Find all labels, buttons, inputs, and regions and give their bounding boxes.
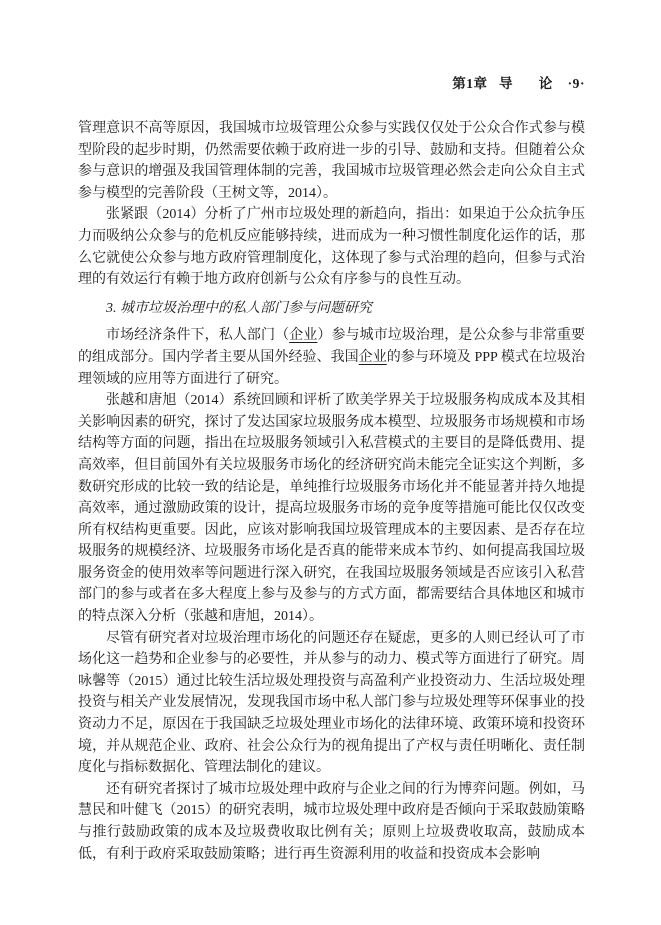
underlined-term: 企业 <box>359 350 387 365</box>
underlined-term: 企业 <box>289 328 317 343</box>
chapter-title-first-char: 导 <box>499 76 513 91</box>
subsection-heading: 3. 城市垃圾治理中的私人部门参与问题研究 <box>78 298 585 320</box>
chapter-label: 第1章 <box>452 76 487 91</box>
paragraph-continuation: 管理意识不高等原因，我国城市垃圾管理公众参与实践仅仅处于公众合作式参与模型阶段的… <box>78 118 585 204</box>
paragraph-zhangyue-tangxu: 张越和唐旭（2014）系统回顾和评析了欧美学界关于垃圾服务构成成本及其相关影响因… <box>78 390 585 628</box>
content-area: 第1章导论·9· 管理意识不高等原因，我国城市垃圾管理公众参与实践仅仅处于公众合… <box>78 72 585 865</box>
page-number: ·9· <box>568 76 585 91</box>
paragraph-market: 市场经济条件下，私人部门（企业）参与城市垃圾治理，是公众参与非常重要的组成部分。… <box>78 325 585 390</box>
running-header: 第1章导论·9· <box>78 72 585 92</box>
book-page: 第1章导论·9· 管理意识不高等原因，我国城市垃圾管理公众参与实践仅仅处于公众合… <box>0 0 661 925</box>
body-text: 管理意识不高等原因，我国城市垃圾管理公众参与实践仅仅处于公众合作式参与模型阶段的… <box>78 118 585 865</box>
paragraph-zhangjingen: 张紧跟（2014）分析了广州市垃圾处理的新趋向，指出：如果迫于公众抗争压力而吸纳… <box>78 204 585 290</box>
text-segment: 市场经济条件下，私人部门（ <box>106 328 289 343</box>
paragraph-game-theory: 还有研究者探讨了城市垃圾处理中政府与企业之间的行为博弈问题。例如，马慧民和叶健飞… <box>78 779 585 865</box>
paragraph-zhouyongxin: 尽管有研究者对垃圾治理市场化的问题还存在疑虑，更多的人则已经认可了市场化这一趋势… <box>78 628 585 779</box>
chapter-title-second-char: 论 <box>539 76 553 91</box>
